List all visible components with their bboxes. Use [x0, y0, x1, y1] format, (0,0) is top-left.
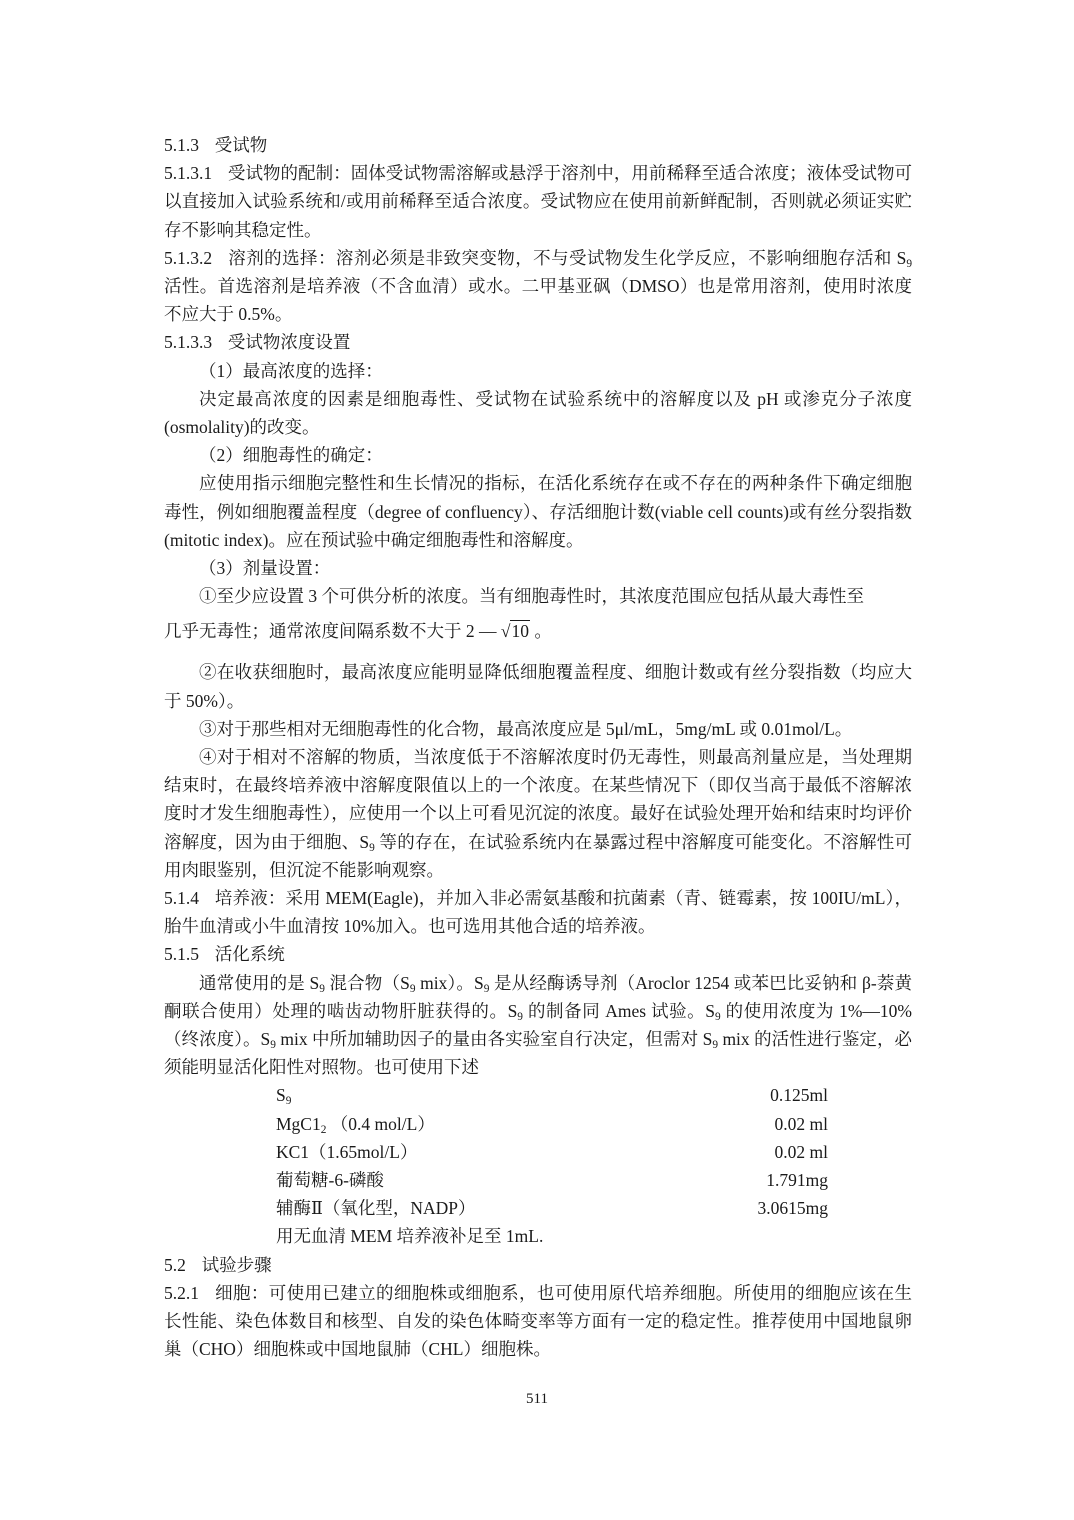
- heading-5-2: 5.2试验步骤: [164, 1251, 912, 1279]
- formula-footer: 用无血清 MEM 培养液补足至 1mL.: [276, 1222, 828, 1250]
- subheading-dose-setting: （3）剂量设置：: [164, 554, 912, 582]
- formula-row: MgC12 （0.4 mol/L） 0.02 ml: [276, 1110, 828, 1138]
- paragraph-max-concentration: 决定最高浓度的因素是细胞毒性、受试物在试验系统中的溶解度以及 pH 或渗克分子浓…: [164, 385, 912, 441]
- paragraph-5-1-4: 5.1.4培养液：采用 MEM(Eagle)，并加入非必需氨基酸和抗菌素（青、链…: [164, 884, 912, 940]
- dose-point-3: ③对于那些相对无细胞毒性的化合物，最高浓度应是 5μl/mL，5mg/mL 或 …: [164, 715, 912, 743]
- paragraph-activation-system: 通常使用的是 S9 混合物（S9 mix）。S9 是从经酶诱导剂（Aroclor…: [164, 969, 912, 1082]
- document-page: 5.1.3受试物 5.1.3.1受试物的配制：固体受试物需溶解或悬浮于溶剂中，用…: [164, 131, 912, 1363]
- heading-5-1-5: 5.1.5活化系统: [164, 940, 912, 968]
- sqrt-expression: √10: [501, 610, 530, 652]
- formula-row: S9 0.125ml: [276, 1081, 828, 1109]
- dose-point-2: ②在收获细胞时，最高浓度应能明显降低细胞覆盖程度、细胞计数或有丝分裂指数（均应大…: [164, 658, 912, 714]
- subheading-cytotoxicity: （2）细胞毒性的确定：: [164, 441, 912, 469]
- formula-row: 葡萄糖-6-磷酸 1.791mg: [276, 1166, 828, 1194]
- paragraph-5-2-1: 5.2.1细胞：可使用已建立的细胞株或细胞系，也可使用原代培养细胞。所使用的细胞…: [164, 1279, 912, 1364]
- dose-point-4: ④对于相对不溶解的物质，当浓度低于不溶解浓度时仍无毒性，则最高剂量应是，当处理期…: [164, 743, 912, 884]
- heading-5-1-3: 5.1.3受试物: [164, 131, 912, 159]
- paragraph-5-1-3-1: 5.1.3.1受试物的配制：固体受试物需溶解或悬浮于溶剂中，用前稀释至适合浓度；…: [164, 159, 912, 244]
- subheading-max-concentration: （1）最高浓度的选择：: [164, 357, 912, 385]
- dose-point-1-line-2: 几乎无毒性；通常浓度间隔系数不大于 2 — √10 。: [164, 610, 912, 652]
- formula-row: 辅酶Ⅱ（氧化型，NADP） 3.0615mg: [276, 1194, 828, 1222]
- paragraph-5-1-3-2: 5.1.3.2溶剂的选择：溶剂必须是非致突变物，不与受试物发生化学反应，不影响细…: [164, 244, 912, 329]
- formula-row: KC1（1.65mol/L） 0.02 ml: [276, 1138, 828, 1166]
- page-number: 511: [0, 1391, 1074, 1408]
- dose-point-1-line-1: ①至少应设置 3 个可供分析的浓度。当有细胞毒性时，其浓度范围应包括从最大毒性至: [164, 582, 912, 610]
- paragraph-cytotoxicity: 应使用指示细胞完整性和生长情况的指标，在活化系统存在或不存在的两种条件下确定细胞…: [164, 469, 912, 554]
- s9-mix-formula: S9 0.125ml MgC12 （0.4 mol/L） 0.02 ml KC1…: [276, 1081, 828, 1250]
- heading-5-1-3-3: 5.1.3.3受试物浓度设置: [164, 328, 912, 356]
